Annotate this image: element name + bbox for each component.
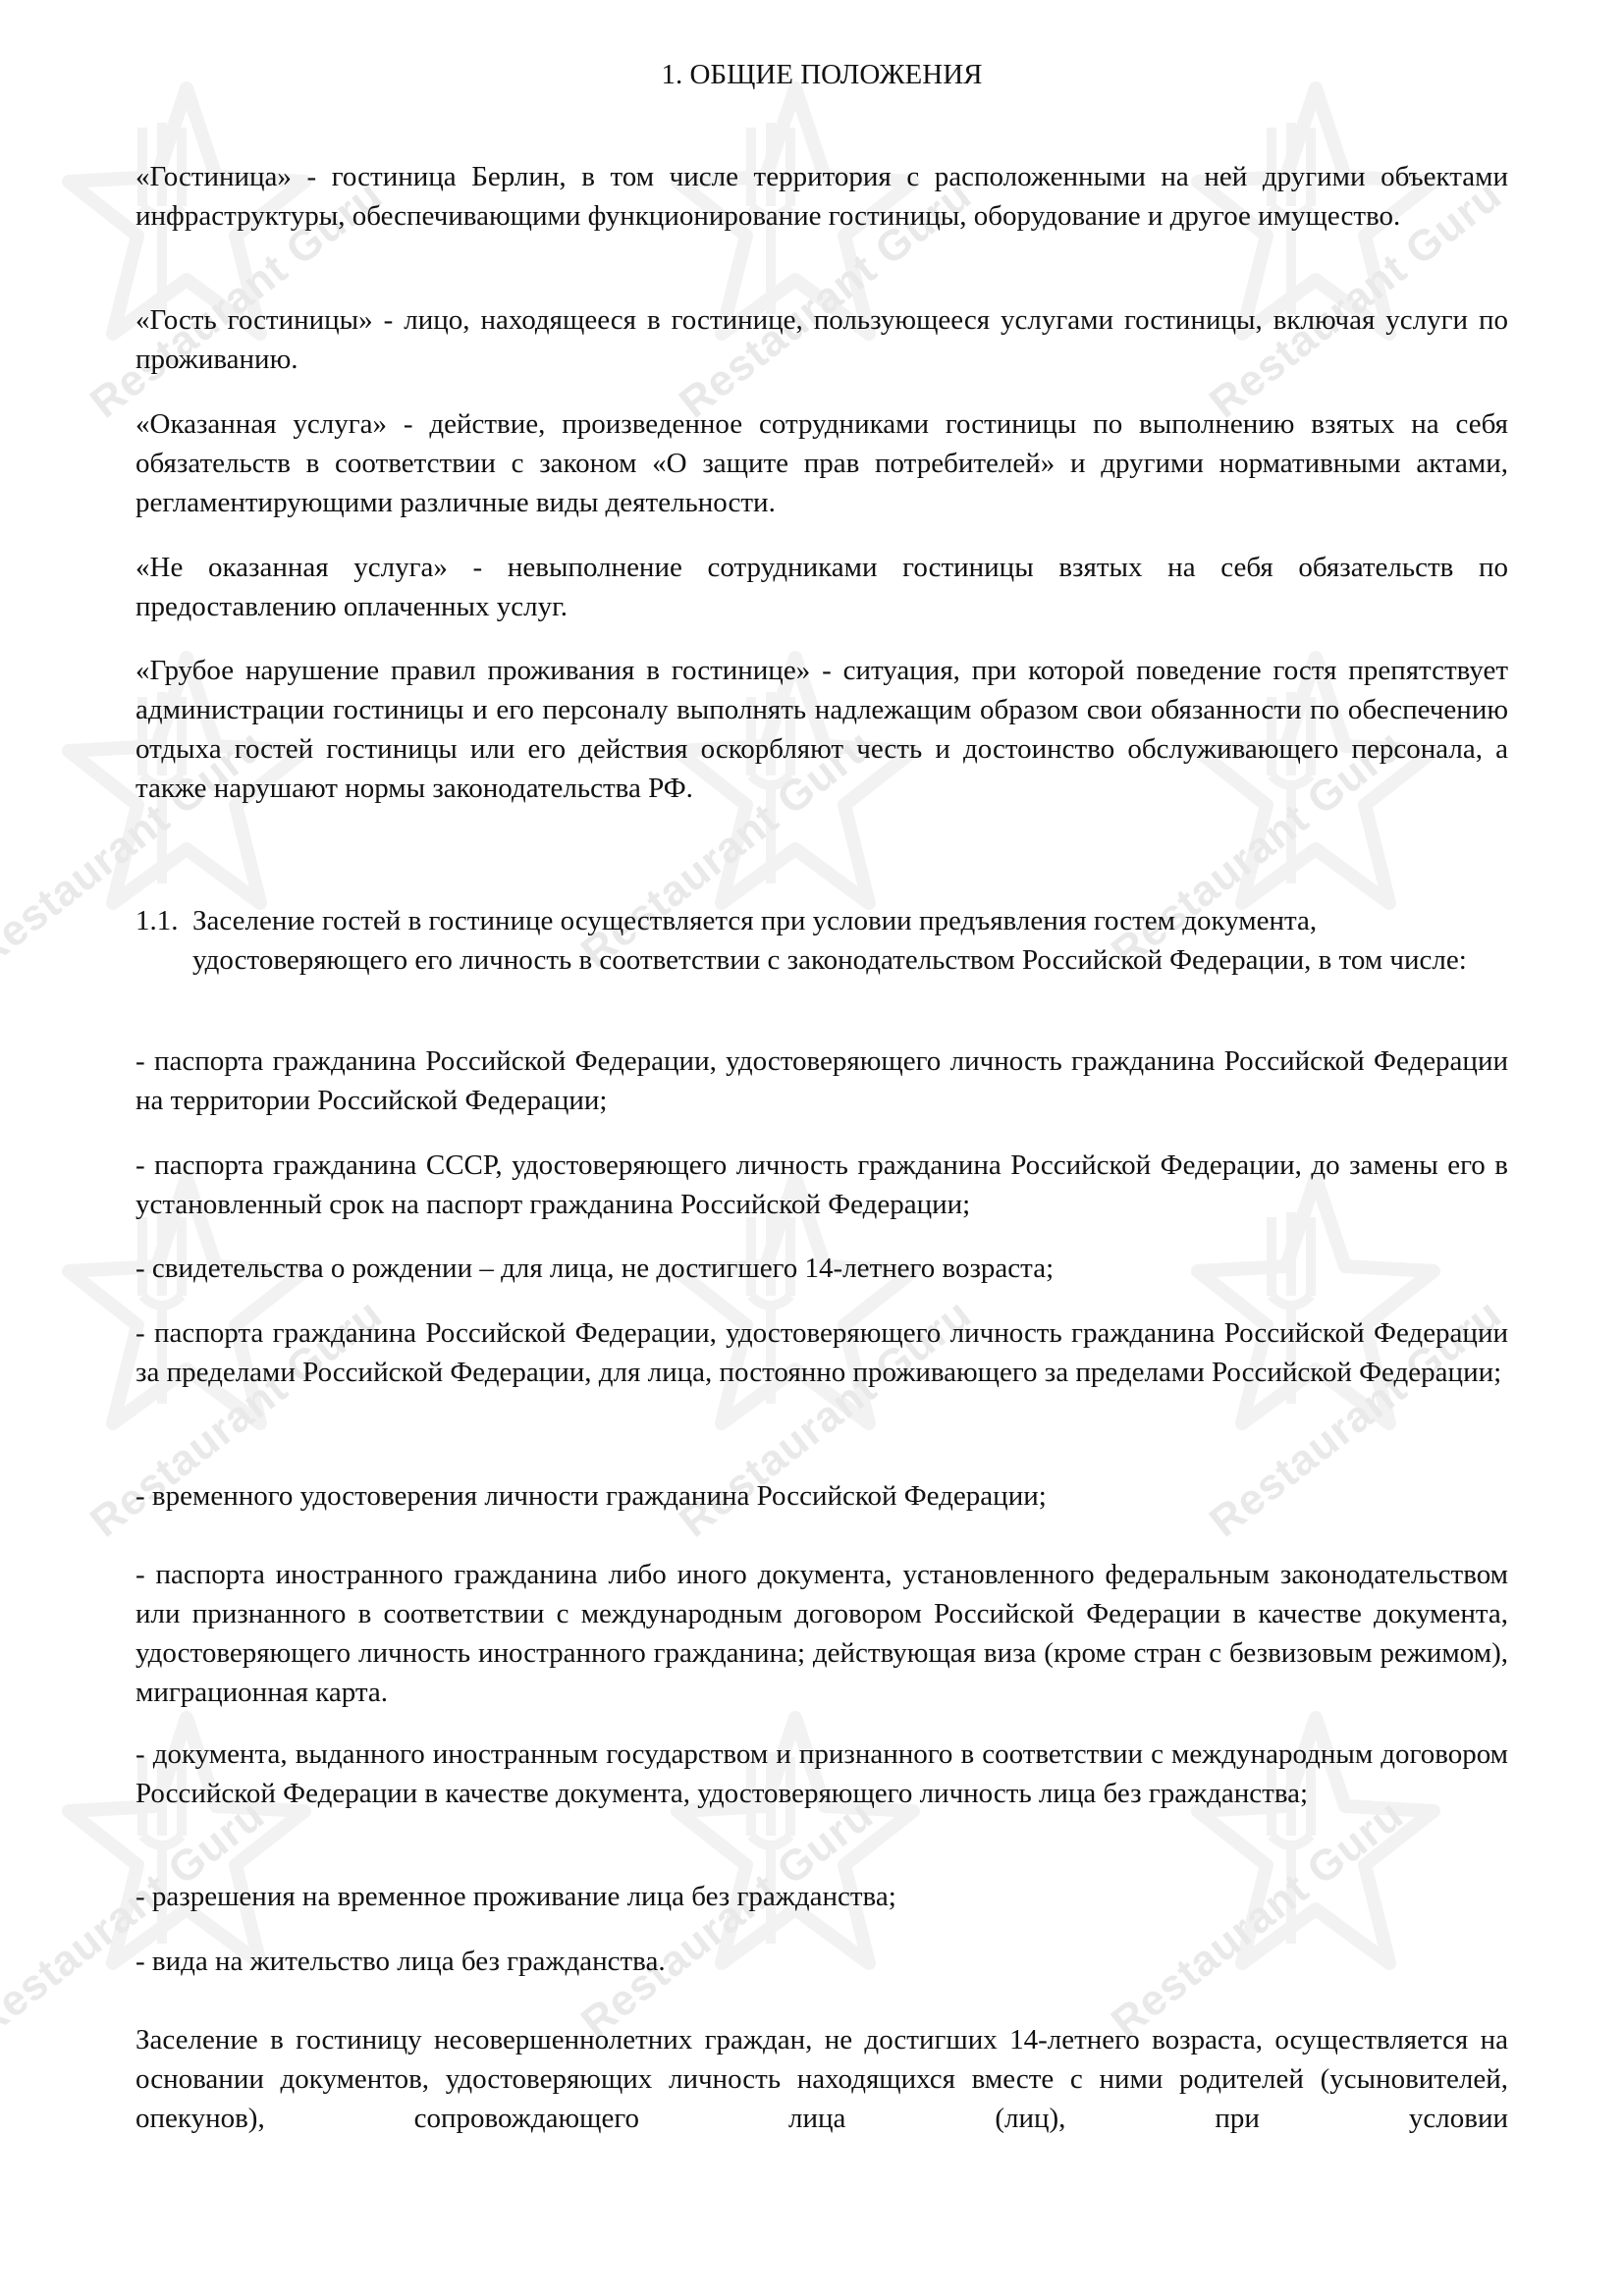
minors-paragraph: Заселение в гостиницу несовершеннолетних…: [135, 2020, 1508, 2138]
watermark-text: Restaurant Guru: [572, 1790, 883, 2048]
clause-1-1: 1.1. Заселение гостей в гостинице осущес…: [135, 901, 1508, 980]
document-list-item: - разрешения на временное проживание лиц…: [135, 1877, 1508, 1916]
document-list-item: - паспорта гражданина СССР, удостоверяющ…: [135, 1146, 1508, 1224]
definition-hotel: «Гостиница» - гостиница Берлин, в том чи…: [135, 157, 1508, 236]
document-list-item: - паспорта гражданина Российской Федерац…: [135, 1313, 1508, 1392]
document-list-item: - паспорта гражданина Российской Федерац…: [135, 1041, 1508, 1120]
document-list-item: - вида на жительство лица без гражданств…: [135, 1942, 1508, 1981]
definition-service-not-rendered: «Не оказанная услуга» - невыполнение сот…: [135, 548, 1508, 626]
clause-number: 1.1.: [135, 901, 179, 940]
definition-service-rendered: «Оказанная услуга» - действие, произведе…: [135, 404, 1508, 522]
watermark-text: Restaurant Guru: [1103, 1790, 1413, 2048]
definition-guest: «Гость гостиницы» - лицо, находящееся в …: [135, 300, 1508, 379]
document-list-item: - свидетельства о рождении – для лица, н…: [135, 1249, 1508, 1288]
document-page: Restaurant Guru Restaurant Guru Restaura…: [0, 0, 1624, 2296]
clause-text: Заселение гостей в гостинице осуществляе…: [192, 901, 1508, 980]
watermark-text: Restaurant Guru: [0, 1790, 274, 2048]
document-list-item: - паспорта иностранного гражданина либо …: [135, 1555, 1508, 1712]
section-title: 1. ОБЩИЕ ПОЛОЖЕНИЯ: [135, 55, 1508, 94]
definition-gross-violation: «Грубое нарушение правил проживания в го…: [135, 651, 1508, 808]
document-list-item: - временного удостоверения личности граж…: [135, 1476, 1508, 1516]
document-list-item: - документа, выданного иностранным госуд…: [135, 1735, 1508, 1813]
